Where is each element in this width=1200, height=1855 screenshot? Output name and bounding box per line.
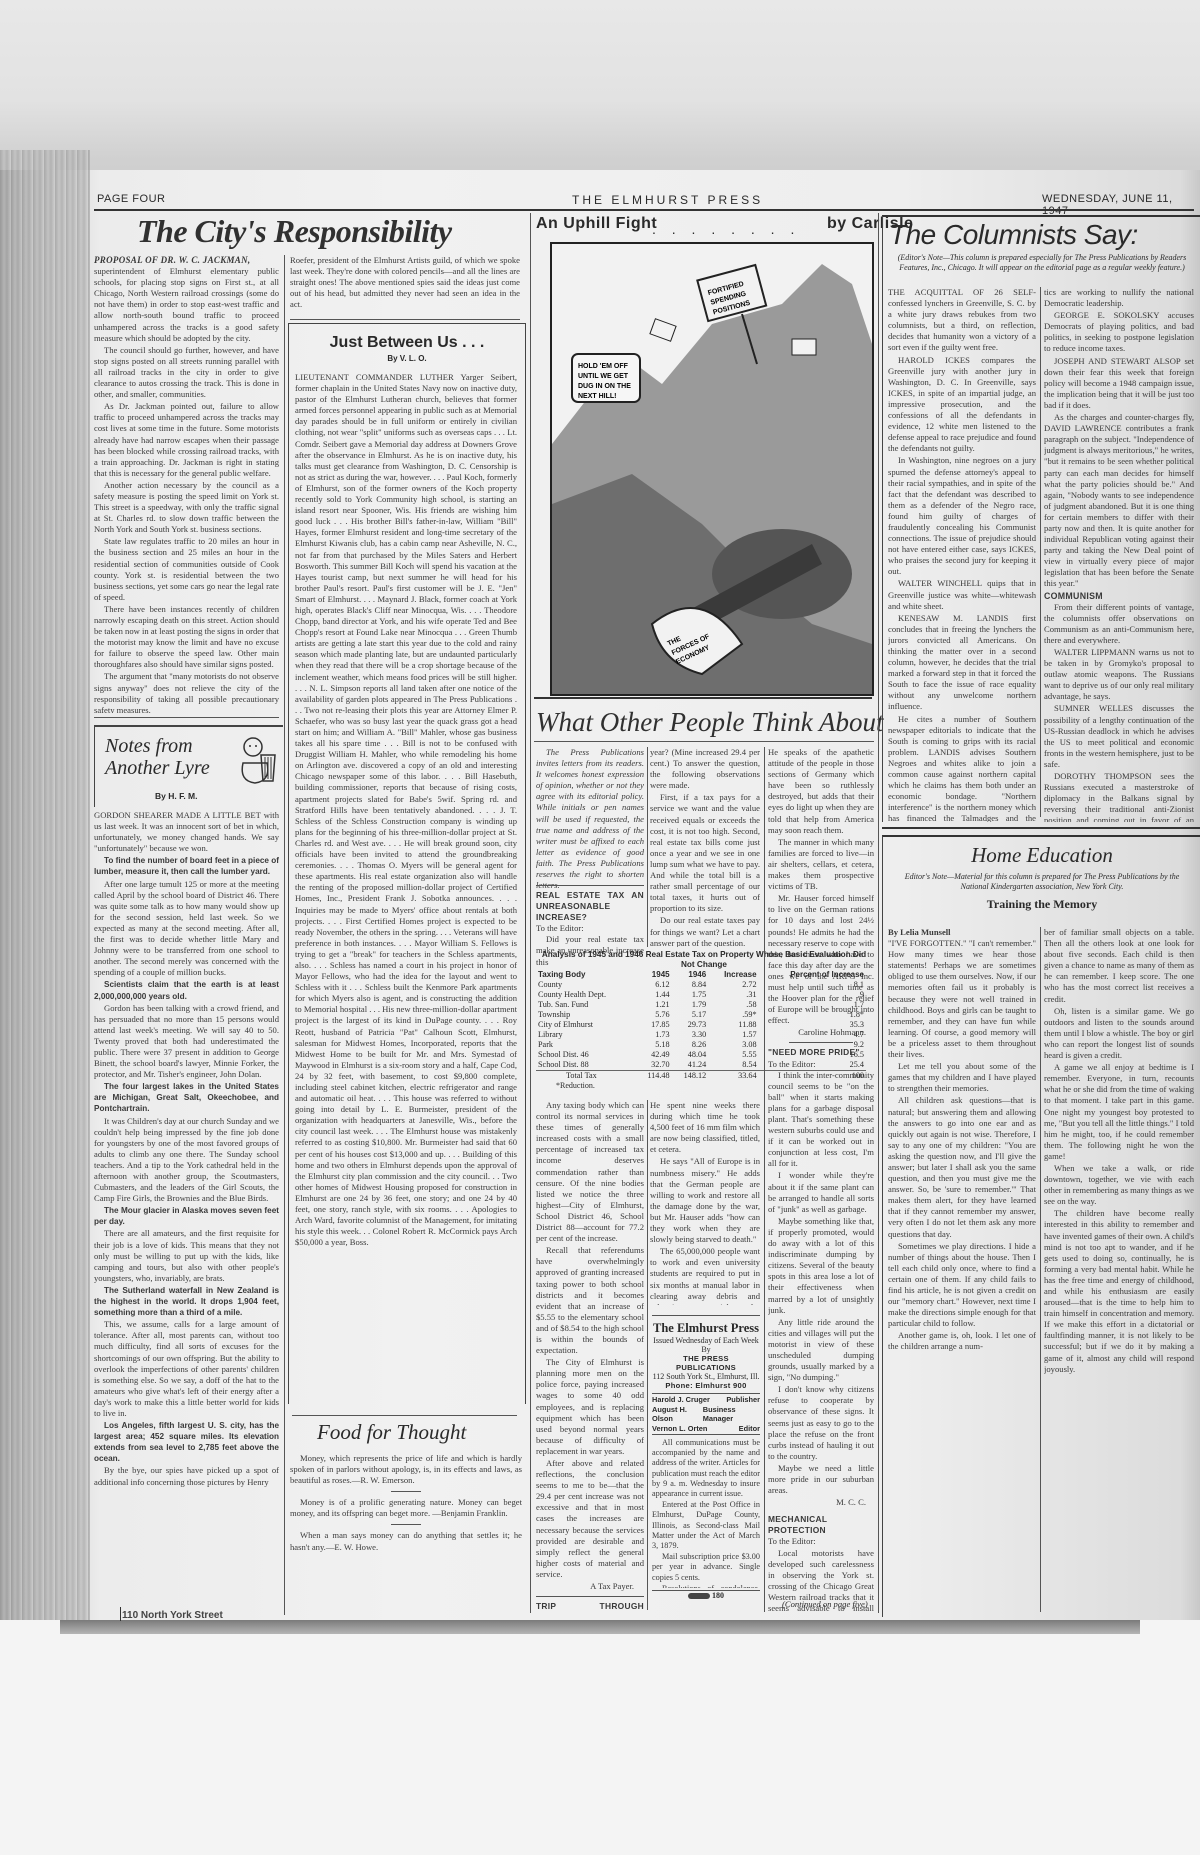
just-between-box: Just Between Us . . . By V. L. O. LIEUTE… xyxy=(288,323,526,1404)
letter-paragraph: He says "All of Europe is in numbness mi… xyxy=(650,1156,760,1245)
home-education-subtitle: Training the Memory xyxy=(883,897,1200,912)
columnist-paragraph: HAROLD ICKES compares the Greenville jur… xyxy=(888,355,1036,455)
food-for-thought-column: Money, which represents the price of lif… xyxy=(290,1453,522,1613)
column-header: 1945 xyxy=(635,970,671,980)
quote-item: When a man says money can do anything th… xyxy=(290,1530,522,1552)
letter-paragraph: Maybe we need a little more pride in our… xyxy=(768,1463,874,1496)
columnist-paragraph: THE ACQUITTAL OF 26 SELF-confessed lynch… xyxy=(888,287,1036,354)
letter-real-estate-continued: year? (Mine increased 29.4 per cent.) To… xyxy=(650,747,760,947)
columnist-paragraph: WALTER LIPPMANN warns us not to be taken… xyxy=(1044,647,1194,702)
column-divider xyxy=(536,1596,644,1597)
home-education-byline: By Lelia Munsell xyxy=(888,927,1036,938)
press-box-phone: Phone: Elmhurst 900 xyxy=(652,1381,760,1390)
staff-row: Harold J. CrugerPublisher xyxy=(652,1395,760,1405)
column-header: 1946 xyxy=(672,970,709,980)
press-box-issued: Issued Wednesday of Each Week xyxy=(652,1336,760,1345)
columnists-title: The Columnists Say: xyxy=(889,219,1200,251)
just-between-byline: By V. L. O. xyxy=(289,354,525,363)
press-box-publisher-org: THE PRESS PUBLICATIONS xyxy=(652,1354,760,1372)
editorial-paragraph: Another action necessary by the council … xyxy=(94,480,279,535)
columnist-paragraph: From their different points of vantage, … xyxy=(1044,602,1194,646)
letter-heading: "NEED MORE PRIDE" xyxy=(768,1047,874,1058)
press-notice: Resolutions of condolence, cards of than… xyxy=(652,1584,760,1588)
editorial-lead: PROPOSAL OF DR. W. C. JACKMAN, xyxy=(94,255,279,266)
home-education-paragraph: All children ask questions—that is natur… xyxy=(888,1095,1036,1239)
section-rule xyxy=(882,827,1200,829)
union-bug-icon xyxy=(688,1593,710,1599)
letter-paragraph: Recall that referendums have overwhelmin… xyxy=(536,1245,644,1356)
food-for-thought-title: Food for Thought xyxy=(317,1420,466,1445)
letter-paragraph: Mr. Hauser forced himself to live on the… xyxy=(768,893,874,1026)
letter-paragraph: Any taxing body which can control its no… xyxy=(536,1100,644,1244)
quote-item: Money is of a prolific generating nature… xyxy=(290,1497,522,1519)
column-rule xyxy=(530,213,531,1613)
col2-continuation: Roefer, president of the Elmhurst Artist… xyxy=(290,255,520,315)
lyre-title-line2: Another Lyre xyxy=(105,757,210,779)
column-divider xyxy=(290,319,520,320)
home-education-box: Home Education Editor's Note—Material fo… xyxy=(882,835,1200,1617)
union-label: 180 xyxy=(652,1590,760,1600)
column-divider xyxy=(94,717,279,718)
press-staff-box: The Elmhurst Press Issued Wednesday of E… xyxy=(652,1315,760,1604)
columnists-col-b: tics are working to nullify the national… xyxy=(1044,287,1194,822)
column-rule xyxy=(647,1100,648,1610)
home-education-paragraph: When we take a walk, or ride downtown, t… xyxy=(1044,1163,1194,1207)
columnist-paragraph: WALTER WINCHELL quips that in Greenville… xyxy=(888,578,1036,611)
home-education-title: Home Education xyxy=(883,843,1200,868)
letter-salutation: To the Editor: xyxy=(768,1059,874,1070)
page-bottom-shadow xyxy=(60,1620,1140,1634)
issue-date: WEDNESDAY, JUNE 11, 1947 xyxy=(1042,193,1200,217)
lyre-fact: Scientists claim that the earth is at le… xyxy=(94,979,279,1001)
lyre-paragraph: GORDON SHEARER MADE A LITTLE BET with us… xyxy=(94,810,279,854)
columnists-box: The Columnists Say: (Editor's Note—This … xyxy=(882,215,1200,822)
letter-paragraph: Do our real estate taxes pay for things … xyxy=(650,915,760,947)
svg-text:HOLD 'EM OFF: HOLD 'EM OFF xyxy=(578,363,629,370)
home-education-paragraph: "I'VE FORGOTTEN." "I can't remember." Ho… xyxy=(888,938,1036,1060)
letter-heading: REAL ESTATE TAX AN UNREASONABLE INCREASE… xyxy=(536,890,644,923)
editorial-article: PROPOSAL OF DR. W. C. JACKMAN, superinte… xyxy=(94,255,279,713)
letter-paragraph: The 65,000,000 people want to work and e… xyxy=(650,1246,760,1305)
columnist-paragraph: He cites a number of Southern newspaper … xyxy=(888,714,1036,822)
columnist-paragraph: SUMNER WELLES discusses the possibility … xyxy=(1044,703,1194,770)
column-header: Increase xyxy=(708,970,758,980)
columnist-section-heading: COMMUNISM xyxy=(1044,591,1194,602)
scan-top-margin xyxy=(0,0,1200,170)
col2-continuation-text: Roefer, president of the Elmhurst Artist… xyxy=(290,255,520,310)
letter-paragraph: I think the inter-community council seem… xyxy=(768,1070,874,1170)
home-education-paragraph: Sometimes we play directions. I hide a n… xyxy=(888,1241,1036,1330)
lyre-byline: By H. F. M. xyxy=(155,791,198,801)
editorial-headline: The City's Responsibility xyxy=(137,213,452,250)
lyre-header-box: Notes from Another Lyre By H. F. M. xyxy=(94,725,283,807)
lyre-fact: Los Angeles, fifth largest U. S. city, h… xyxy=(94,1420,279,1464)
letters-editors-note: The Press Publications invites letters f… xyxy=(536,747,644,897)
column-rule xyxy=(1040,927,1041,1612)
home-education-paragraph: Oh, listen is a similar game. We go outd… xyxy=(1044,1006,1194,1061)
column-rule xyxy=(284,255,285,1615)
letter-paragraph: I don't know why citizens refuse to coop… xyxy=(768,1384,874,1462)
editorial-paragraph: superintendent of Elmhurst elementary pu… xyxy=(94,266,279,344)
columnist-paragraph: DOROTHY THOMPSON sees the Russians execu… xyxy=(1044,771,1194,822)
letter-signature: M. C. C. xyxy=(768,1497,874,1508)
editorial-paragraph: As Dr. Jackman pointed out, failure to a… xyxy=(94,401,279,479)
letter-paragraph: He spent nine weeks there during which t… xyxy=(650,1100,760,1155)
letters-headline: What Other People Think About xyxy=(536,707,883,738)
column-rule xyxy=(1040,287,1041,817)
lyre-fact: The Sutherland waterfall in New Zealand … xyxy=(94,1285,279,1318)
editorial-paragraph: State law regulates traffic to 20 miles … xyxy=(94,536,279,603)
columnists-col-a: THE ACQUITTAL OF 26 SELF-confessed lynch… xyxy=(888,287,1036,822)
letters-rule xyxy=(534,741,874,742)
letter-signature: A Tax Payer. xyxy=(536,1581,644,1592)
bottom-fragment-rule xyxy=(120,1607,121,1621)
lyre-fact: The four largest lakes in the United Sta… xyxy=(94,1081,279,1114)
folio-page-number: PAGE FOUR xyxy=(97,193,165,205)
scan-bottom-margin xyxy=(0,1620,1200,1855)
letter-signature: Caroline Hohmann. xyxy=(768,1027,874,1038)
columnist-paragraph: GEORGE E. SOKOLSKY accuses Democrats of … xyxy=(1044,310,1194,354)
column-divider xyxy=(789,1042,853,1043)
press-notice: Mail subscription price $3.00 per year i… xyxy=(652,1552,760,1583)
lyre-paragraph: Gordon has been talking with a crowd fri… xyxy=(94,1003,279,1081)
lyre-paragraph: It was Children's day at our church Sund… xyxy=(94,1116,279,1205)
press-notices: All communications must be accompanied b… xyxy=(652,1438,760,1588)
lyre-paragraph: There are all amateurs, and the first re… xyxy=(94,1228,279,1283)
just-between-text: LIEUTENANT COMMANDER LUTHER Yarger Seibe… xyxy=(295,372,517,1397)
editorial-paragraph: The council should go further, however, … xyxy=(94,345,279,400)
letter-heading: MECHANICAL PROTECTION xyxy=(768,1514,874,1536)
press-staff-list: Harold J. CrugerPublisher August H. Olso… xyxy=(652,1393,760,1435)
letter-paragraph: The City of Elmhurst is planning more me… xyxy=(536,1357,644,1457)
column-rule xyxy=(764,747,765,1612)
column-divider xyxy=(536,885,644,886)
letter-paragraph: First, if a tax pays for a service we wa… xyxy=(650,792,760,914)
cartoon-title: An Uphill Fight xyxy=(536,215,657,233)
columnist-paragraph: JOSEPH AND STEWART ALSOP set down their … xyxy=(1044,356,1194,411)
columnist-paragraph: In Washington, nine negroes on a jury sp… xyxy=(888,455,1036,577)
letter-paragraph: Maybe something like that, if properly p… xyxy=(768,1216,874,1316)
svg-text:UNTIL WE GET: UNTIL WE GET xyxy=(578,373,629,380)
quote-divider xyxy=(391,1491,421,1492)
folio-rule xyxy=(94,209,1194,211)
column-rule xyxy=(878,213,879,1613)
press-notice: Entered at the Post Office in Elmhurst, … xyxy=(652,1500,760,1551)
home-education-col-a: By Lelia Munsell "I'VE FORGOTTEN." "I ca… xyxy=(888,927,1036,1617)
lyre-paragraph: By the bye, our spies have picked up a s… xyxy=(94,1465,279,1487)
svg-text:NEXT HILL!: NEXT HILL! xyxy=(578,393,617,400)
continued-notice[interactable]: (Continued on page five) xyxy=(782,1599,868,1609)
cartoon-bottom-rule xyxy=(534,697,872,699)
press-notice: All communications must be accompanied b… xyxy=(652,1438,760,1499)
binding-edge xyxy=(0,150,90,1750)
home-education-paragraph: A game we all enjoy at bedtime is I reme… xyxy=(1044,1062,1194,1162)
press-box-address: 112 South York St., Elmhurst, Ill. xyxy=(652,1372,760,1381)
cartoon-illustration-icon: FORTIFIED SPENDING POSITIONS HOLD 'EM OF… xyxy=(552,244,872,694)
letter-heading: TRIP THROUGH GERMANY xyxy=(536,1601,644,1610)
lyre-title-line1: Notes from xyxy=(105,735,193,757)
letters-col-c: He speaks of the apathetic attitude of t… xyxy=(768,747,874,1612)
lyre-fact: The Mour glacier in Alaska moves seven f… xyxy=(94,1205,279,1227)
just-between-title: Just Between Us . . . xyxy=(289,334,525,352)
letter-salutation: To the Editor: xyxy=(768,1536,874,1547)
press-box-by: By xyxy=(652,1345,760,1354)
letter-paragraph: year? (Mine increased 29.4 per cent.) To… xyxy=(650,747,760,791)
letter-germany-continued: He spent nine weeks there during which t… xyxy=(650,1100,760,1305)
letter-salutation: To the Editor: xyxy=(536,923,644,934)
bottom-fragment: 110 North York Street xyxy=(122,1610,223,1621)
lyre-paragraph: After one large tumult 125 or more at th… xyxy=(94,879,279,979)
letter-paragraph: I wonder while they're about it if the s… xyxy=(768,1170,874,1214)
cartoon-leader-dots: . . . . . . . . xyxy=(652,221,800,237)
lyre-fact: To find the number of board feet in a pi… xyxy=(94,855,279,877)
letter-paragraph: The manner in which many families are fo… xyxy=(768,837,874,892)
masthead-name: THE ELMHURST PRESS xyxy=(572,193,763,207)
column-header: Taxing Body xyxy=(536,970,635,980)
columnist-paragraph: As the charges and counter-charges fly, … xyxy=(1044,412,1194,590)
quote-divider xyxy=(391,1524,421,1525)
home-education-paragraph: The children have become really interest… xyxy=(1044,1208,1194,1374)
staff-row: August H. OlsonBusiness Manager xyxy=(652,1405,760,1424)
letter-paragraph: He speaks of the apathetic attitude of t… xyxy=(768,747,874,836)
staff-row: Vernon L. OrtenEditor xyxy=(652,1424,760,1434)
letters-note-text: The Press Publications invites letters f… xyxy=(536,747,644,891)
editorial-cartoon: FORTIFIED SPENDING POSITIONS HOLD 'EM OF… xyxy=(550,242,874,696)
press-box-title: The Elmhurst Press xyxy=(652,1321,760,1336)
columnist-paragraph: KENESAW M. LANDIS first concludes that i… xyxy=(888,613,1036,713)
home-education-paragraph: Let me tell you about some of the games … xyxy=(888,1061,1036,1094)
editorial-paragraph: The argument that "many motorists do not… xyxy=(94,671,279,713)
letter-real-estate-body: Any taxing body which can control its no… xyxy=(536,1100,644,1610)
letter-paragraph: After above and related reflections, the… xyxy=(536,1458,644,1580)
newspaper-page: PAGE FOUR THE ELMHURST PRESS WEDNESDAY, … xyxy=(92,195,1200,1620)
home-education-paragraph: Another game is, oh, look. I let one of … xyxy=(888,1330,1036,1352)
home-education-paragraph: ber of familiar small objects on a table… xyxy=(1044,927,1194,1005)
lyre-cherub-icon xyxy=(235,733,281,787)
column-divider xyxy=(292,1415,517,1416)
quote-item: Money, which represents the price of lif… xyxy=(290,1453,522,1486)
lyre-paragraph: This, we assume, calls for a large amoun… xyxy=(94,1319,279,1419)
just-between-paragraph: LIEUTENANT COMMANDER LUTHER Yarger Seibe… xyxy=(295,372,517,1248)
columnists-editors-note: (Editor's Note—This column is prepared e… xyxy=(883,251,1200,274)
home-education-editors-note: Editor's Note—Material for this column i… xyxy=(883,868,1200,895)
columnist-paragraph: tics are working to nullify the national… xyxy=(1044,287,1194,309)
home-education-col-b: ber of familiar small objects on a table… xyxy=(1044,927,1194,1617)
editorial-paragraph: There have been instances recently of ch… xyxy=(94,604,279,671)
column-rule xyxy=(647,747,648,947)
lyre-column: GORDON SHEARER MADE A LITTLE BET with us… xyxy=(94,810,279,1590)
letter-paragraph: Any little ride around the cities and vi… xyxy=(768,1317,874,1384)
svg-text:DUG IN ON THE: DUG IN ON THE xyxy=(578,383,631,390)
